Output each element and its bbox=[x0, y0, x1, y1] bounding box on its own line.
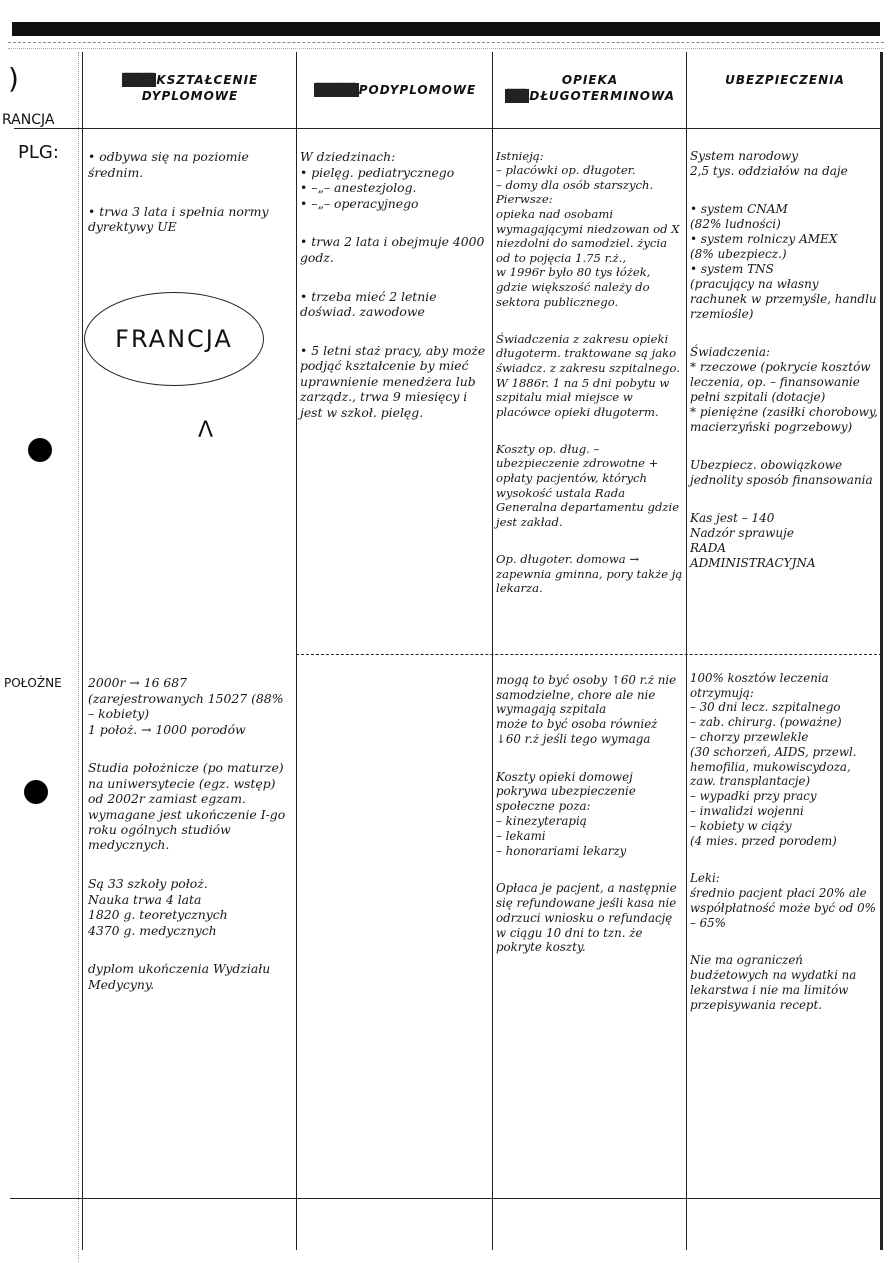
header-insurance: UBEZPIECZENIA bbox=[694, 72, 876, 88]
column-divider bbox=[82, 52, 83, 1250]
bottom-rule bbox=[10, 1198, 882, 1199]
header-training: ███KSZTAŁCENIE DYPLOMOWE bbox=[92, 72, 288, 104]
column-divider bbox=[686, 52, 687, 1250]
cell-midwives-training: 2000r → 16 687 (zarejestrowanych 15027 (… bbox=[88, 660, 292, 1016]
margin-guide bbox=[78, 52, 79, 1262]
row-label-nurses: PLG: bbox=[18, 142, 59, 163]
left-paren-mark: ) bbox=[8, 62, 19, 95]
cell-midwives-long-term-care: mogą to być osoby ↑60 r.ż nie samodzieln… bbox=[496, 658, 684, 978]
hole-punch bbox=[28, 438, 52, 462]
row-label-midwives: POŁOŻNE bbox=[4, 676, 62, 690]
row-divider bbox=[296, 654, 882, 655]
column-divider bbox=[492, 52, 493, 1250]
header-divider bbox=[14, 128, 882, 129]
cell-midwives-insurance: 100% kosztów leczenia otrzymują: – 30 dn… bbox=[690, 656, 878, 1035]
column-divider bbox=[880, 52, 883, 1250]
hole-punch bbox=[24, 780, 48, 804]
ruled-line bbox=[8, 48, 884, 49]
cell-nurses-insurance: System narodowy 2,5 tys. oddziałów na da… bbox=[690, 134, 878, 594]
column-divider bbox=[296, 52, 297, 1250]
cell-nurses-long-term-care: Istnieją: – placówki op. długoter. – dom… bbox=[496, 134, 684, 618]
cell-nurses-postgraduate: W dziedzinach: • pielęg. pediatrycznego … bbox=[300, 134, 490, 443]
ruled-line bbox=[8, 42, 884, 43]
row-stub-label: RANCJA bbox=[2, 112, 54, 128]
country-oval-note: FRANCJA bbox=[84, 292, 264, 386]
header-long-term-care: OPIEKA ██DŁUGOTERMINOWA bbox=[500, 72, 680, 104]
caret-mark: Λ bbox=[198, 418, 213, 443]
header-postgraduate: ████PODYPLOMOWE bbox=[302, 82, 488, 98]
scan-top-bar bbox=[12, 22, 880, 36]
cell-nurses-training: • odbywa się na poziomie średnim. • trwa… bbox=[88, 134, 292, 258]
